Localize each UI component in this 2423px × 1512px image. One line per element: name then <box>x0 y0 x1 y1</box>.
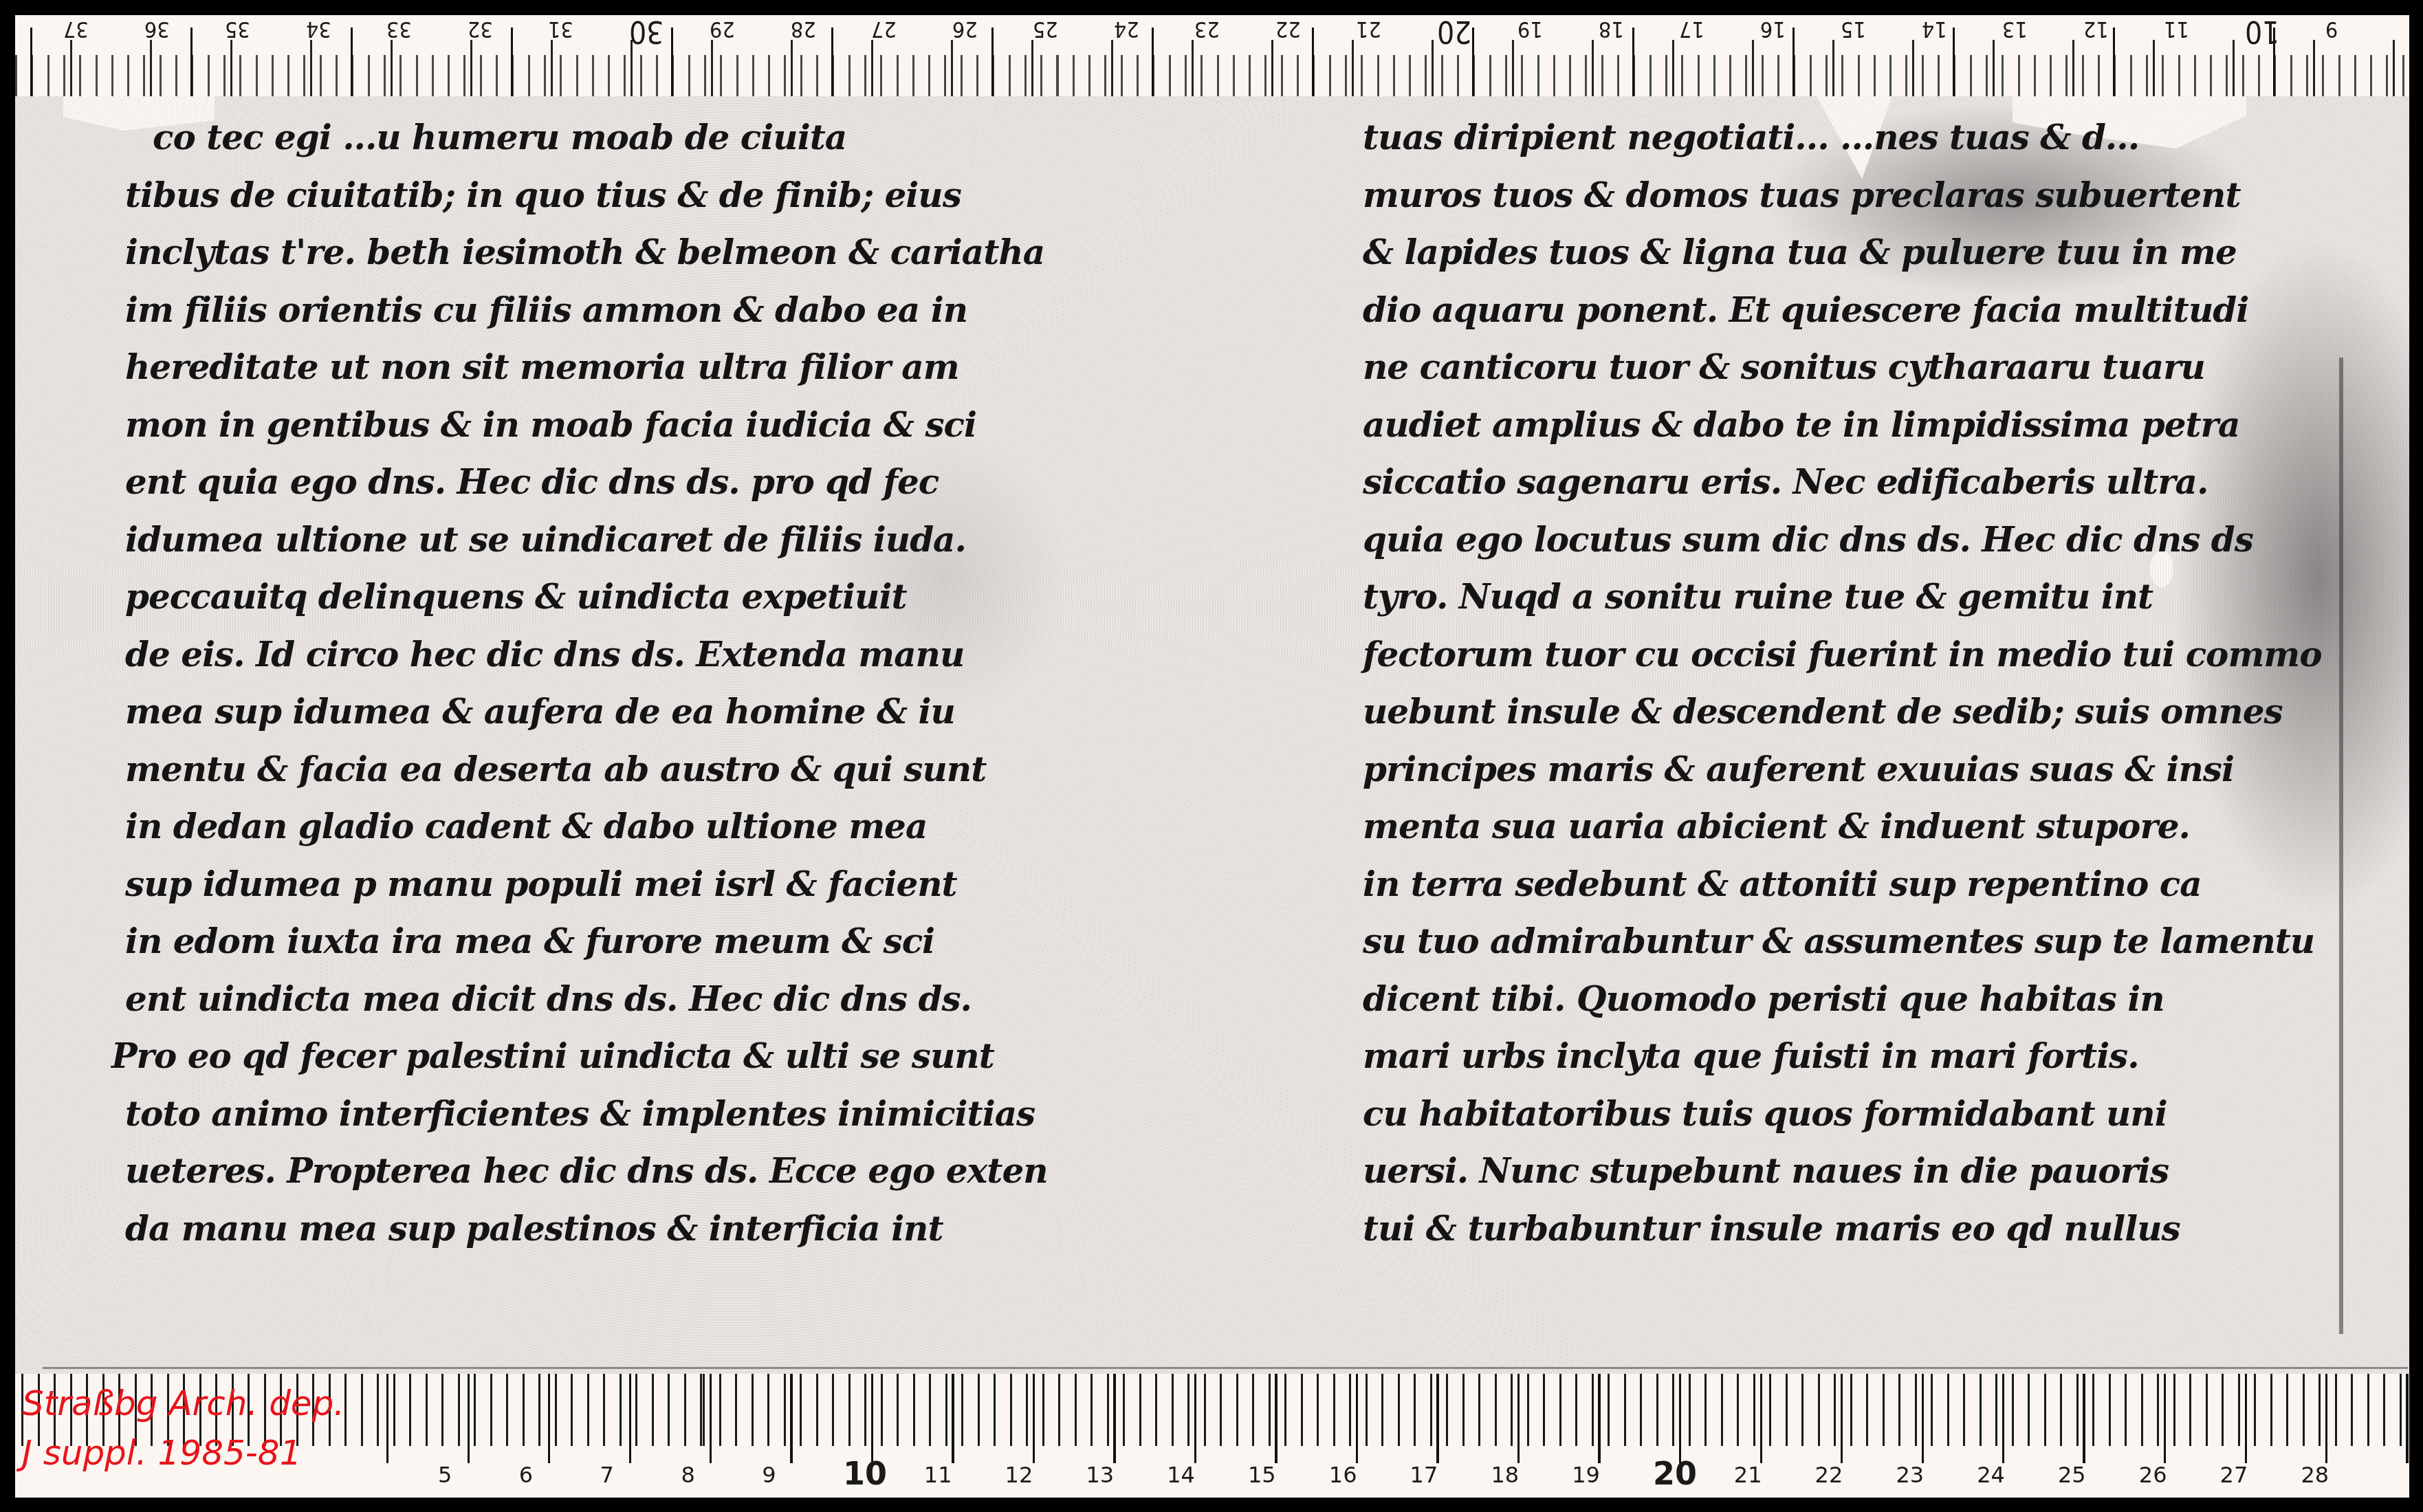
top-ruler-label: 9 <box>2325 17 2338 43</box>
manuscript-line: hereditate ut non sit memoria ultra fili… <box>125 347 959 387</box>
bottom-ruler-label: 15 <box>1248 1462 1276 1488</box>
bottom-ruler-label: 18 <box>1491 1462 1519 1488</box>
manuscript-line: im filiis orientis cu filiis ammon & dab… <box>125 289 967 330</box>
top-ruler-label: 15 <box>1841 17 1866 43</box>
manuscript-line: menta sua uaria abicient & induent stupo… <box>1363 806 2190 846</box>
bottom-ruler-cm-ticks <box>386 1374 2409 1463</box>
manuscript-line: tyro. Nuqd a sonitu ruine tue & gemitu i… <box>1363 576 2153 617</box>
manuscript-line: mea sup idumea & aufera de ea homine & i… <box>125 691 955 732</box>
bottom-ruler-label: 8 <box>681 1462 694 1488</box>
manuscript-line: inclytas t're. beth iesimoth & belmeon &… <box>125 232 1044 272</box>
manuscript-line: ne canticoru tuor & sonitus cytharaaru t… <box>1363 347 2205 387</box>
bottom-edge <box>43 1367 2408 1369</box>
top-ruler-label: 21 <box>1356 17 1381 43</box>
bottom-ruler-label: 22 <box>1815 1462 1843 1488</box>
archive-annotation-line1: Straßbg Arch. dep. <box>22 1383 344 1423</box>
manuscript-line: uebunt insule & descendent de sedib; sui… <box>1363 691 2283 732</box>
bottom-ruler-label: 23 <box>1896 1462 1924 1488</box>
manuscript-line: mentu & facia ea deserta ab austro & qui… <box>125 749 986 789</box>
top-ruler-label: 27 <box>871 17 897 43</box>
bottom-ruler-label: 6 <box>519 1462 533 1488</box>
bottom-ruler-label: 28 <box>2301 1462 2329 1488</box>
bottom-ruler-label: 24 <box>1977 1462 2005 1488</box>
top-ruler-label: 19 <box>1517 17 1543 43</box>
bottom-ruler-label: 14 <box>1167 1462 1195 1488</box>
top-ruler-label: 32 <box>468 17 493 43</box>
manuscript-line: in edom iuxta ira mea & furore meum & sc… <box>125 921 934 961</box>
bottom-ruler-label: 19 <box>1572 1462 1600 1488</box>
manuscript-line: idumea ultione ut se uindicaret de filii… <box>125 519 966 560</box>
bottom-ruler: 5678910111213141516171819202122232425262… <box>15 1374 2409 1498</box>
top-ruler-label: 28 <box>791 17 816 43</box>
manuscript-line: tibus de ciuitatib; in quo tius & de fin… <box>125 175 961 215</box>
manuscript-line: peccauitq delinquens & uindicta expetiui… <box>125 576 907 617</box>
top-ruler-label: 22 <box>1275 17 1301 43</box>
top-ruler-label: 31 <box>548 17 573 43</box>
ruling-line-right <box>2339 358 2343 1334</box>
manuscript-line: cu habitatoribus tuis quos formidabant u… <box>1363 1093 2167 1134</box>
bottom-ruler-label: 12 <box>1005 1462 1033 1488</box>
top-ruler-label: 13 <box>2002 17 2028 43</box>
bottom-ruler-label: 16 <box>1329 1462 1357 1488</box>
top-ruler: 3736353433323130292827262524232221201918… <box>15 15 2409 96</box>
top-ruler-label: 23 <box>1194 17 1220 43</box>
top-ruler-label: 25 <box>1033 17 1058 43</box>
top-ruler-label: 10 <box>2245 15 2279 49</box>
bottom-ruler-label: 20 <box>1653 1455 1697 1492</box>
bottom-ruler-label: 9 <box>762 1462 776 1488</box>
top-ruler-label: 24 <box>1114 17 1139 43</box>
manuscript-line: su tuo admirabuntur & assumentes sup te … <box>1363 921 2314 961</box>
top-ruler-label: 14 <box>1922 17 1947 43</box>
bottom-ruler-label: 10 <box>843 1455 887 1492</box>
manuscript-line: siccatio sagenaru eris. Nec edificaberis… <box>1363 461 2208 502</box>
manuscript-line: & lapides tuos & ligna tua & puluere tuu… <box>1363 232 2237 272</box>
manuscript-line: dio aquaru ponent. Et quiescere facia mu… <box>1363 289 2248 330</box>
top-ruler-label: 26 <box>952 17 978 43</box>
top-ruler-label: 17 <box>1679 17 1704 43</box>
top-ruler-label: 30 <box>629 15 664 49</box>
manuscript-leaf: co tec egi ...u humeru moab de ciuitatib… <box>15 96 2409 1374</box>
manuscript-line: in dedan gladio cadent & dabo ultione me… <box>125 806 927 846</box>
manuscript-line: principes maris & auferent exuuias suas … <box>1363 749 2234 789</box>
top-ruler-label: 12 <box>2083 17 2109 43</box>
manuscript-line: ent quia ego dns. Hec dic dns ds. pro qd… <box>125 461 939 502</box>
top-ruler-label: 18 <box>1599 17 1624 43</box>
manuscript-line: quia ego locutus sum dic dns ds. Hec dic… <box>1363 519 2253 560</box>
manuscript-line: in terra sedebunt & attoniti sup repenti… <box>1363 864 2202 904</box>
bottom-ruler-label: 26 <box>2139 1462 2167 1488</box>
top-ruler-label: 20 <box>1437 15 1471 49</box>
bottom-ruler-label: 17 <box>1410 1462 1438 1488</box>
manuscript-line: uersi. Nunc stupebunt naues in die pauor… <box>1363 1150 2169 1191</box>
top-ruler-label: 11 <box>2164 17 2189 43</box>
top-ruler-label: 16 <box>1760 17 1786 43</box>
top-ruler-label: 29 <box>710 17 735 43</box>
top-ruler-label: 36 <box>144 17 170 43</box>
manuscript-line: de eis. Id circo hec dic dns ds. Extenda… <box>125 634 964 675</box>
manuscript-line: da manu mea sup palestinos & interficia … <box>125 1208 943 1249</box>
bottom-ruler-label: 7 <box>600 1462 614 1488</box>
manuscript-line: fectorum tuor cu occisi fuerint in medio… <box>1363 634 2322 675</box>
manuscript-line: tui & turbabuntur insule maris eo qd nul… <box>1363 1208 2180 1249</box>
photo-frame: 3736353433323130292827262524232221201918… <box>15 15 2409 1498</box>
manuscript-line: ent uindicta mea dicit dns ds. Hec dic d… <box>125 978 972 1019</box>
bottom-ruler-label: 13 <box>1086 1462 1114 1488</box>
manuscript-line: audiet amplius & dabo te in limpidissima… <box>1363 404 2239 445</box>
manuscript-line: ueteres. Propterea hec dic dns ds. Ecce … <box>125 1150 1048 1191</box>
manuscript-line: mari urbs inclyta que fuisti in mari for… <box>1363 1036 2139 1076</box>
archive-annotation-line2: J suppl. 1985-81 <box>22 1433 301 1473</box>
bottom-ruler-label: 27 <box>2220 1462 2248 1488</box>
bottom-ruler-label: 11 <box>924 1462 952 1488</box>
manuscript-line: toto animo interficientes & implentes in… <box>125 1093 1035 1134</box>
manuscript-line: dicent tibi. Quomodo peristi que habitas… <box>1363 978 2164 1019</box>
top-ruler-label: 35 <box>225 17 250 43</box>
top-ruler-label: 37 <box>63 17 89 43</box>
manuscript-line: co tec egi ...u humeru moab de ciuita <box>153 117 846 157</box>
bottom-ruler-label: 21 <box>1734 1462 1762 1488</box>
manuscript-line: mon in gentibus & in moab facia iudicia … <box>125 404 976 445</box>
bottom-ruler-label: 5 <box>438 1462 452 1488</box>
bottom-ruler-label: 25 <box>2058 1462 2086 1488</box>
manuscript-line: sup idumea p manu populi mei isrl & faci… <box>125 864 957 904</box>
manuscript-line: muros tuos & domos tuas preclaras subuer… <box>1363 175 2241 215</box>
manuscript-line: Pro eo qd fecer palestini uindicta & ult… <box>111 1036 994 1076</box>
top-ruler-label: 33 <box>386 17 412 43</box>
top-ruler-label: 34 <box>306 17 331 43</box>
manuscript-line: tuas diripient negotiati... ...nes tuas … <box>1363 117 2139 157</box>
